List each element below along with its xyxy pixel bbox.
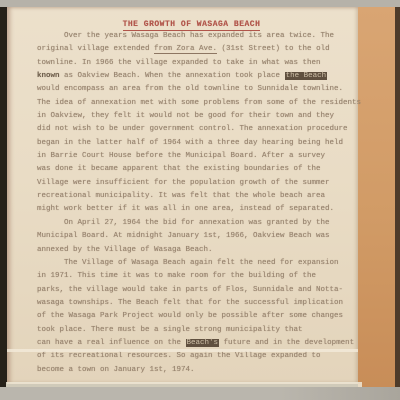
- text-segment: in Barrie Court House before the Municip…: [37, 152, 325, 160]
- typed-text-body: Over the years Wasaga Beach has expanded…: [37, 30, 346, 377]
- text-segment: recreational municipality. It was felt t…: [37, 192, 325, 200]
- text-line: was done it became apparent that the exi…: [37, 163, 346, 176]
- text-segment: of its recreational resources. So again …: [37, 352, 321, 360]
- text-segment: of the Wasaga Park Project would only be…: [37, 312, 343, 320]
- text-line: Over the years Wasaga Beach has expanded…: [37, 30, 346, 43]
- text-segment: parks, the village would take in parts o…: [37, 286, 343, 294]
- text-line: Village were insufficient for the popula…: [37, 177, 346, 190]
- text-segment: townline. In 1966 the village expanded t…: [37, 59, 321, 67]
- text-segment: in 1971. This time it was to make room f…: [37, 272, 316, 280]
- text-segment-b: known: [37, 72, 60, 80]
- text-segment: On April 27, 1964 the bid for annexation…: [64, 219, 330, 227]
- text-line: original village extended from Zora Ave.…: [37, 43, 346, 56]
- text-segment: can have a real influence on the: [37, 339, 186, 347]
- text-line: recreational municipality. It was felt t…: [37, 190, 346, 203]
- text-line: Municipal Board. At midnight January 1st…: [37, 230, 346, 243]
- text-segment-hl: the Beach: [285, 72, 328, 80]
- text-line: annexed by the Village of Wasaga Beach.: [37, 244, 346, 257]
- text-line: The Village of Wasaga Beach again felt t…: [37, 257, 346, 270]
- text-segment: might work better if it was all in one a…: [37, 205, 334, 213]
- text-line: in Oakview, they felt it would not be go…: [37, 110, 346, 123]
- text-segment: as Oakview Beach. When the annexation to…: [60, 72, 285, 80]
- text-line: in Barrie Court House before the Municip…: [37, 150, 346, 163]
- text-line: did not wish to be under government cont…: [37, 123, 346, 136]
- scanned-album-photo: THE GROWTH OF WASAGA BEACH Over the year…: [0, 0, 400, 400]
- text-line: began in the latter half of 1964 with a …: [37, 137, 346, 150]
- text-segment: would encompass an area from the old tow…: [37, 85, 343, 93]
- text-segment: original village extended: [37, 45, 154, 53]
- text-line: townline. In 1966 the village expanded t…: [37, 57, 346, 70]
- text-segment: The Village of Wasaga Beach again felt t…: [64, 259, 339, 267]
- text-segment: did not wish to be under government cont…: [37, 125, 348, 133]
- text-line: parks, the village would take in parts o…: [37, 284, 346, 297]
- text-segment-hl: Beach's: [186, 339, 220, 347]
- text-segment: (31st Street) to the old: [217, 45, 330, 53]
- text-segment: future and in the development: [219, 339, 354, 347]
- scanner-strip-top: [0, 0, 400, 7]
- text-line: The idea of annexation met with some pro…: [37, 97, 346, 110]
- album-page-margin: [358, 7, 395, 387]
- text-segment: wasaga townships. The Beach felt that fo…: [37, 299, 343, 307]
- page-crease-line: [7, 349, 358, 352]
- text-segment: Municipal Board. At midnight January 1st…: [37, 232, 330, 240]
- text-segment: become a town on January 1st, 1974.: [37, 366, 195, 374]
- text-line: of the Wasaga Park Project would only be…: [37, 310, 346, 323]
- text-line: On April 27, 1964 the bid for annexation…: [37, 217, 346, 230]
- scanner-strip-bottom: [0, 387, 400, 400]
- text-segment: annexed by the Village of Wasaga Beach.: [37, 246, 213, 254]
- text-segment-u: from Zora Ave.: [154, 45, 217, 54]
- text-line: would encompass an area from the old tow…: [37, 83, 346, 96]
- text-line: in 1971. This time it was to make room f…: [37, 270, 346, 283]
- text-line: become a town on January 1st, 1974.: [37, 364, 346, 377]
- text-segment: began in the latter half of 1964 with a …: [37, 139, 343, 147]
- text-segment: Village were insufficient for the popula…: [37, 179, 330, 187]
- typed-page: THE GROWTH OF WASAGA BEACH Over the year…: [7, 7, 358, 384]
- text-line: known as Oakview Beach. When the annexat…: [37, 70, 346, 83]
- text-segment: Over the years Wasaga Beach has expanded…: [64, 32, 334, 40]
- photo-right-edge: [395, 7, 400, 387]
- text-line: wasaga townships. The Beach felt that fo…: [37, 297, 346, 310]
- text-segment: The idea of annexation met with some pro…: [37, 99, 361, 107]
- text-segment: in Oakview, they felt it would not be go…: [37, 112, 334, 120]
- text-line: might work better if it was all in one a…: [37, 203, 346, 216]
- text-segment: was done it became apparent that the exi…: [37, 165, 321, 173]
- text-line: took place. There must be a single stron…: [37, 324, 346, 337]
- text-segment: took place. There must be a single stron…: [37, 326, 303, 334]
- title-row: THE GROWTH OF WASAGA BEACH: [37, 13, 346, 30]
- text-line: of its recreational resources. So again …: [37, 350, 346, 363]
